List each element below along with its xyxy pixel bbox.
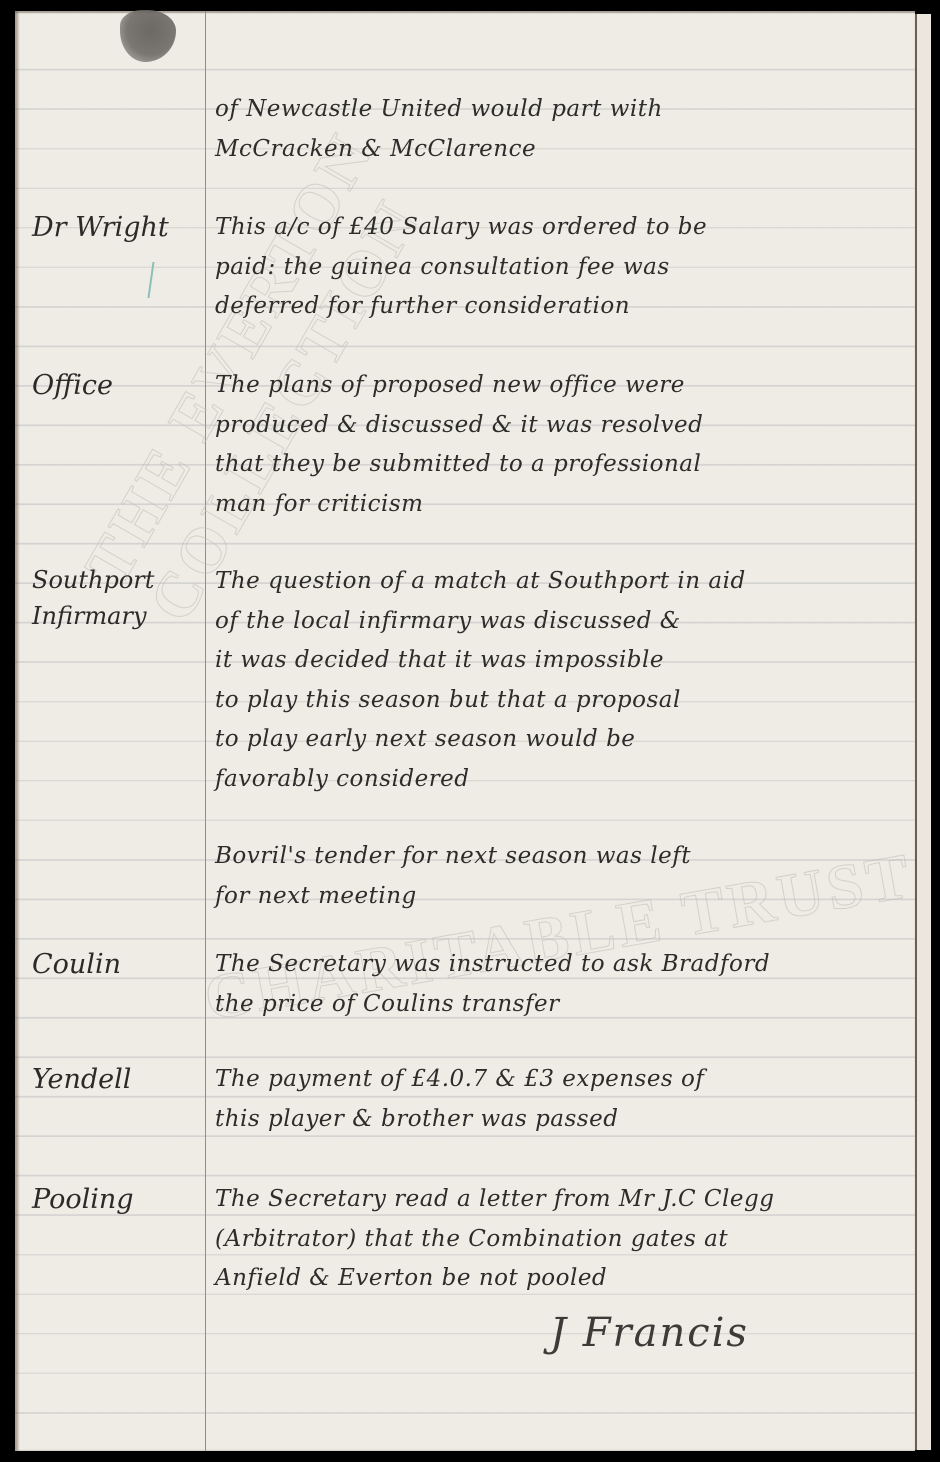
page-edge [915,14,931,1450]
entry-coulin: The Secretary was instructed to ask Brad… [215,945,895,1024]
entry-yendell: The payment of £4.0.7 & £3 expenses of t… [215,1060,895,1139]
entry-office: The plans of proposed new office were pr… [215,366,895,524]
heading-yendell: Yendell [32,1060,202,1100]
margin-rule [205,11,206,1451]
signature: J Francis [550,1310,749,1356]
heading-southport-infirmary: Southport Infirmary [32,562,202,634]
heading-coulin: Coulin [32,945,202,985]
entry-pooling: The Secretary read a letter from Mr J.C … [215,1180,895,1299]
entry-bovril: Bovril's tender for next season was left… [215,837,895,916]
heading-dr-wright: Dr Wright [32,208,202,248]
heading-pooling: Pooling [32,1180,202,1220]
continuation-text: of Newcastle United would part with McCr… [215,90,895,169]
entry-dr-wright: This a/c of £40 Salary was ordered to be… [215,208,895,327]
heading-office: Office [32,366,202,406]
entry-southport-infirmary: The question of a match at Southport in … [215,562,895,799]
